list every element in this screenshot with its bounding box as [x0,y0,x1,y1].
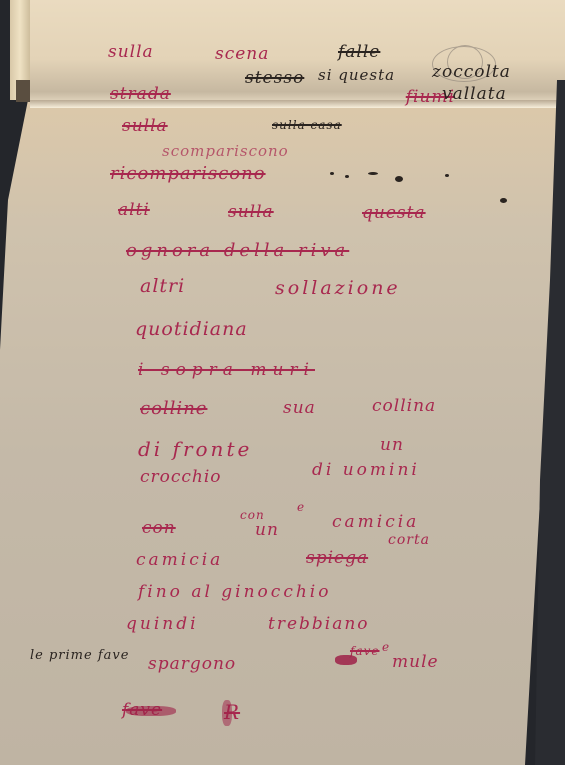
ink-spot [368,172,378,175]
word-di-fronte: di fronte [138,437,252,461]
word-ricompariscono: ricompariscono [110,163,266,184]
word-scena: scena [215,44,269,64]
word-scompariscono: scompariscono [162,142,289,160]
word-strada: strada [110,84,171,104]
word-quotidiana: quotidiana [135,318,248,340]
word-spargono: spargono [148,654,236,674]
word-sollazione: sollazione [275,277,401,299]
word-fino-al-ginocchio: fino al ginocchio [138,582,331,602]
word-si-questa: si questa [318,66,395,84]
word-falle: falle [338,42,380,62]
word-vallata: vallata [442,84,507,104]
ink-spot [345,175,349,178]
word-di-uomini: di uomini [312,460,420,480]
word-trebbiano: trebbiano [268,614,370,634]
word-crocchio: crocchio [140,467,222,487]
word-camicia: camicia [332,512,419,532]
ink-blot [335,655,357,665]
ink-blot [126,706,176,716]
word-sulla: sulla [108,42,154,62]
word-colline: colline [140,398,207,419]
word-fiumi: fiumi [225,87,455,107]
word-e-superscript-2: e [382,640,390,654]
ink-blot [222,700,232,726]
word-collina: collina [372,396,436,416]
word-mule: mule [392,652,439,672]
paper-stack-shadow [16,80,30,102]
ink-spot [500,198,507,203]
word-quindi: quindi [126,614,199,634]
word-un-2: un [255,520,279,540]
word-zoccolta: zoccolta [432,62,511,82]
ink-spot [330,172,334,175]
word-questa: questa [362,203,426,223]
word-sua: sua [283,398,316,418]
word-e-superscript: e [297,500,305,514]
word-alti: alti [118,200,150,220]
word-spiega: spiega [306,548,368,568]
word-con-struck: con [142,518,176,538]
word-corta: corta [388,532,430,548]
word-sulla-struck: sulla [122,116,168,136]
margin-note-le-prime-fave: le prime fave [30,648,129,663]
word-stesso: stesso [245,68,304,88]
word-sulla-casa: sulla casa [272,118,342,132]
word-camicia-2: camicia [136,550,223,570]
word-un: un [380,435,404,455]
word-i-sopra-muri: i sopra muri [138,360,438,380]
ink-spot [445,174,449,177]
ink-spot [395,176,403,182]
word-sulla-2: sulla [228,202,274,222]
word-altri: altri [140,275,185,297]
word-ognora-della-riva: ognora della riva [126,240,349,261]
